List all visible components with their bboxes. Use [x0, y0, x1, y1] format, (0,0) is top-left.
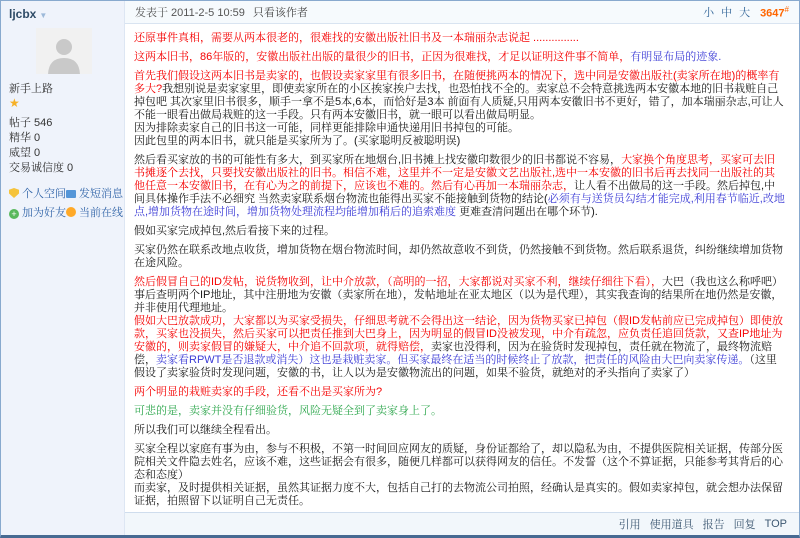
mail-icon — [66, 190, 76, 198]
footer-link-TOP[interactable]: TOP — [765, 518, 787, 530]
text-segment: 我想别说是卖家家里，即使卖家所在的小区挨家挨户去找，也恐怕找不全的。卖家总不会特… — [134, 83, 784, 121]
post-main: 发表于 2011-2-5 10:59 只看该作者 小中大 3647# 还原事件真… — [125, 1, 799, 535]
sidebar-link-label: 加为好友 — [22, 207, 66, 219]
username-text: ljcbx — [9, 7, 36, 21]
text-segment: 而卖家，及时提供相关证据，虽然其证据力度不大，包括自己打的去物流公司拍照，经确认… — [134, 482, 783, 507]
font-size-link[interactable]: 大 — [739, 7, 750, 19]
stat-row: 威望 0 — [9, 146, 118, 161]
font-size-link[interactable]: 小 — [703, 7, 714, 19]
post-paragraph: 假如买家完成掉包,然后看接下来的过程。 — [134, 225, 785, 238]
chevron-down-icon[interactable]: ▼ — [39, 11, 47, 20]
post-paragraph: 这两本旧书，86年版的，安徽出版社出版的量很少的旧书，正因为很难找，才足以证明这… — [134, 51, 785, 64]
post-paragraph: 两个明显的栽赃卖家的手段，还看不出是买家所为? — [134, 386, 785, 399]
text-segment: 然后假冒自己的ID发帖，说货物收到，让中介放款，（高明的一招，大家都说对买家不利… — [134, 276, 662, 288]
footer-link-引用[interactable]: 引用 — [619, 516, 641, 532]
footer-link-报告[interactable]: 报告 — [703, 516, 725, 532]
shield-icon — [9, 188, 19, 198]
text-segment: 更难查清问题出在哪个环节). — [459, 206, 598, 218]
post-paragraph: 可悲的是，卖家并没有仔细验货，风险无疑全到了卖家身上了。 — [134, 405, 785, 418]
only-author-link[interactable]: 只看该作者 — [253, 4, 308, 20]
sidebar-links: 个人空间发短消息加为好友当前在线 — [9, 185, 118, 220]
post-paragraph: 还原事件真相，需要从两本很老的，很难找的安徽出版社旧书及一本瑞丽杂志说起 ...… — [134, 32, 785, 45]
forum-post-page: ljcbx▼ 新手上路 ★ 帖子 546精华 0威望 0交易诚信度 0 个人空间… — [0, 0, 800, 538]
text-segment: 然后看买家放的书的可能性有多大，到买家所在地烟台,旧书摊上找安徽印数很少的旧书都… — [134, 154, 621, 166]
post-content: 还原事件真相，需要从两本很老的，很难找的安徽出版社旧书及一本瑞丽杂志说起 ...… — [125, 24, 799, 512]
text-segment: 因为排除卖家自己的旧书这一可能，同样更能排除申通快递用旧书掉包的可能。 — [134, 122, 519, 134]
floor-suffix: # — [785, 5, 789, 14]
post-paragraph: 然后看买家放的书的可能性有多大，到买家所在地烟台,旧书摊上找安徽印数很少的旧书都… — [134, 154, 785, 219]
floor-number: 3647 — [760, 7, 784, 19]
text-segment: 这两本旧书，86年版的，安徽出版社出版的量很少的旧书，正因为很难找，才足以证明这… — [134, 51, 630, 63]
floor-number-link[interactable]: 3647# — [760, 5, 789, 20]
post-paragraph: 买家全程以家庭有事为由，参与不积极，不第一时间回应网友的质疑，身份证都给了，却以… — [134, 443, 785, 508]
text-segment: 还原事件真相，需要从两本很老的，很难找的安徽出版社旧书及一本瑞丽杂志说起 ...… — [134, 32, 579, 44]
footer-link-使用道具[interactable]: 使用道具 — [650, 516, 694, 532]
sidebar-link-add-friend[interactable]: 加为好友 — [9, 204, 66, 220]
sidebar-link-mail[interactable]: 发短消息 — [66, 185, 123, 201]
user-rank: 新手上路 — [9, 80, 118, 96]
font-size-links: 小中大 — [696, 4, 750, 20]
person-silhouette-icon — [44, 34, 84, 74]
stat-row: 精华 0 — [9, 131, 118, 146]
footer-link-回复[interactable]: 回复 — [734, 516, 756, 532]
sidebar-link-label: 当前在线 — [79, 207, 123, 219]
text-segment: 买家全程以家庭有事为由，参与不积极，不第一时间回应网友的质疑，身份证都给了，却以… — [134, 443, 783, 481]
text-segment: 因此包里的两本旧书，就只能是买家所为了。(买家聪明反被聪明误) — [134, 135, 460, 147]
avatar — [36, 28, 92, 74]
author-username[interactable]: ljcbx▼ — [9, 7, 118, 21]
text-segment: 卖家看RPWT是否退款或消失）这也是栽赃卖家。但买家最终在适当的时候终止了放款，… — [156, 354, 749, 366]
stat-row: 帖子 546 — [9, 116, 118, 131]
footer-actions: 引用使用道具报告回复TOP — [125, 512, 799, 535]
post-paragraph: 首先我们假设这两本旧书是卖家的，也假设卖家家里有很多旧书，在随便挑两本的情况下，… — [134, 70, 785, 148]
user-stats: 帖子 546精华 0威望 0交易诚信度 0 — [9, 116, 118, 176]
text-segment: 所以我们可以继续全程看出。 — [134, 424, 277, 436]
text-segment: 有明显布局的迹象. — [630, 51, 721, 63]
text-segment: 买家仍然在联系改地点收货，增加货物在烟台物流时间，却仍然故意收不到货，仍然接触不… — [134, 244, 783, 269]
sidebar-link-online[interactable]: 当前在线 — [66, 204, 123, 220]
text-segment: 假如买家完成掉包,然后看接下来的过程。 — [134, 225, 335, 237]
post-paragraph: 买家仍然在联系改地点收货，增加货物在烟台物流时间，却仍然故意收不到货，仍然接触不… — [134, 244, 785, 270]
sidebar-link-label: 个人空间 — [22, 188, 66, 200]
font-size-link[interactable]: 中 — [721, 7, 732, 19]
author-sidebar: ljcbx▼ 新手上路 ★ 帖子 546精华 0威望 0交易诚信度 0 个人空间… — [1, 1, 125, 535]
medal-star-icon: ★ — [9, 97, 118, 109]
add-friend-icon — [9, 209, 19, 219]
stat-row: 交易诚信度 0 — [9, 161, 118, 176]
post-paragraph: 所以我们可以继续全程看出。 — [134, 424, 785, 437]
online-icon — [66, 207, 76, 217]
post-paragraph: 然后假冒自己的ID发帖，说货物收到，让中介放款，（高明的一招，大家都说对买家不利… — [134, 276, 785, 380]
sidebar-link-label: 发短消息 — [79, 188, 123, 200]
text-segment: 两个明显的栽赃卖家的手段，还看不出是买家所为? — [134, 386, 382, 398]
sidebar-link-shield[interactable]: 个人空间 — [9, 185, 66, 201]
post-timestamp: 发表于 2011-2-5 10:59 — [135, 4, 245, 20]
text-segment: 可悲的是，卖家并没有仔细验货，风险无疑全到了卖家身上了。 — [134, 405, 442, 417]
post-header: 发表于 2011-2-5 10:59 只看该作者 小中大 3647# — [125, 1, 799, 24]
